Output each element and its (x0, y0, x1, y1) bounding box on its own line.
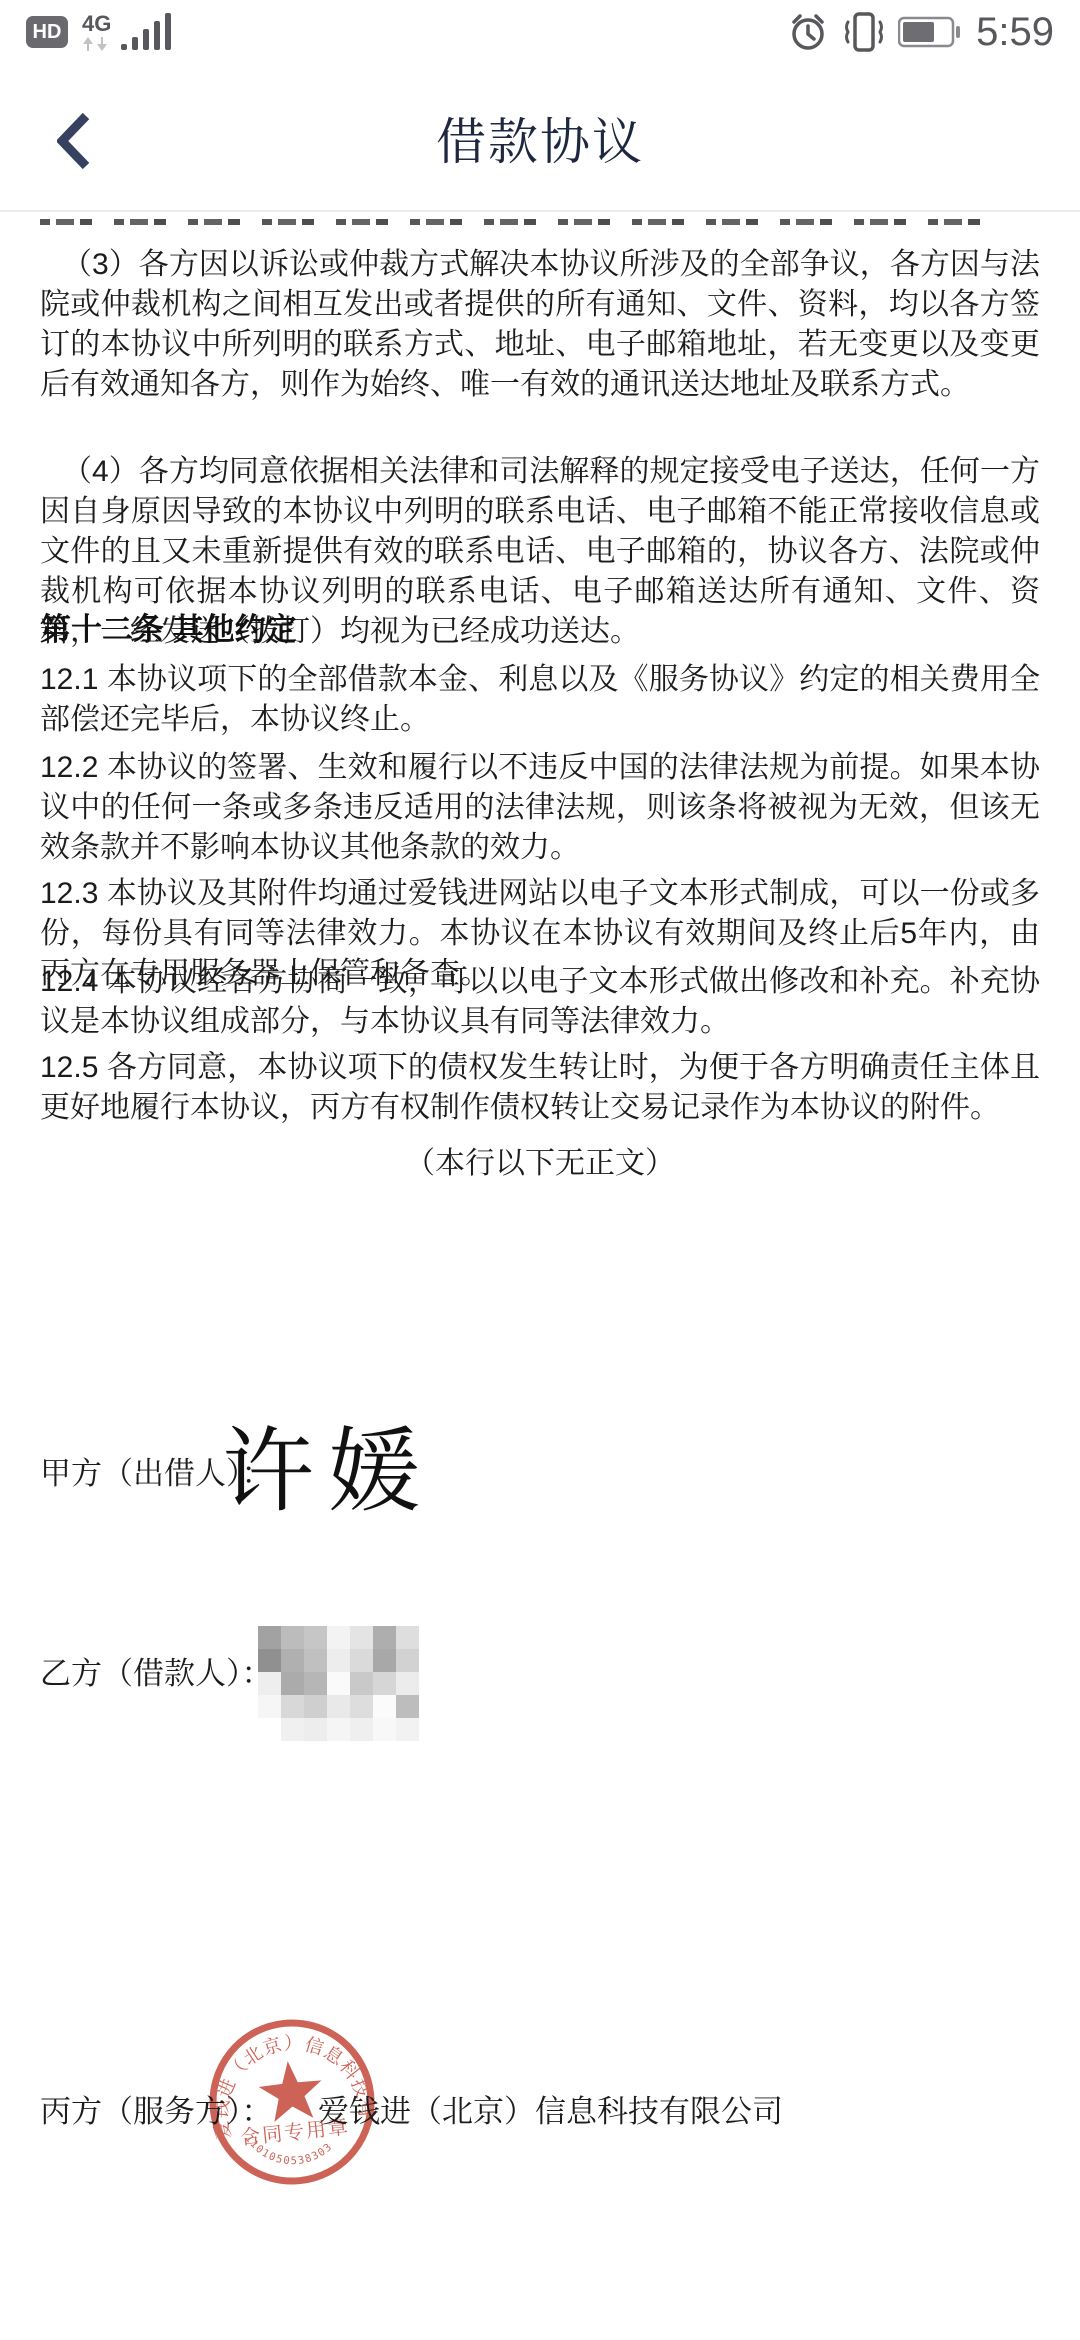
party-a-signature: 许媛 (222, 1398, 434, 1530)
item-12-1: 12.1 本协议项下的全部借款本金、利息以及《服务协议》约定的相关费用全部偿还完… (40, 660, 1040, 740)
party-b-redacted-name (258, 1626, 419, 1741)
item-12-2: 12.2 本协议的签署、生效和履行以不违反中国的法律法规为前提。如果本协议中的任… (40, 748, 1040, 868)
clipped-scrolled-text-line (40, 216, 990, 228)
clause-3-paragraph: （3）各方因以诉讼或仲裁方式解决本协议所涉及的全部争议，各方因与法院或仲裁机构之… (40, 245, 1040, 405)
agreement-document[interactable]: （3）各方因以诉讼或仲裁方式解决本协议所涉及的全部争议，各方因与法院或仲裁机构之… (0, 0, 1080, 2340)
party-b-label: 乙方（借款人）： (40, 1648, 273, 1693)
no-text-below-note: （本行以下无正文） (0, 1138, 1080, 1182)
section-12-heading: 第十二条 其他约定 (40, 610, 1040, 650)
item-12-4: 12.4 本协议经各方协商一致，可以以电子文本形式做出修改和补充。补充协议是本协… (40, 962, 1040, 1042)
party-c-label: 丙方（服务方）： (40, 2086, 273, 2131)
loan-agreement-screen: HD 4G (0, 0, 1080, 2340)
item-12-5: 12.5 各方同意，本协议项下的债权发生转让时，为便于各方明确责任主体且更好地履… (40, 1048, 1040, 1128)
party-c-company-name: 爱钱进（北京）信息科技有限公司 (318, 2086, 783, 2131)
